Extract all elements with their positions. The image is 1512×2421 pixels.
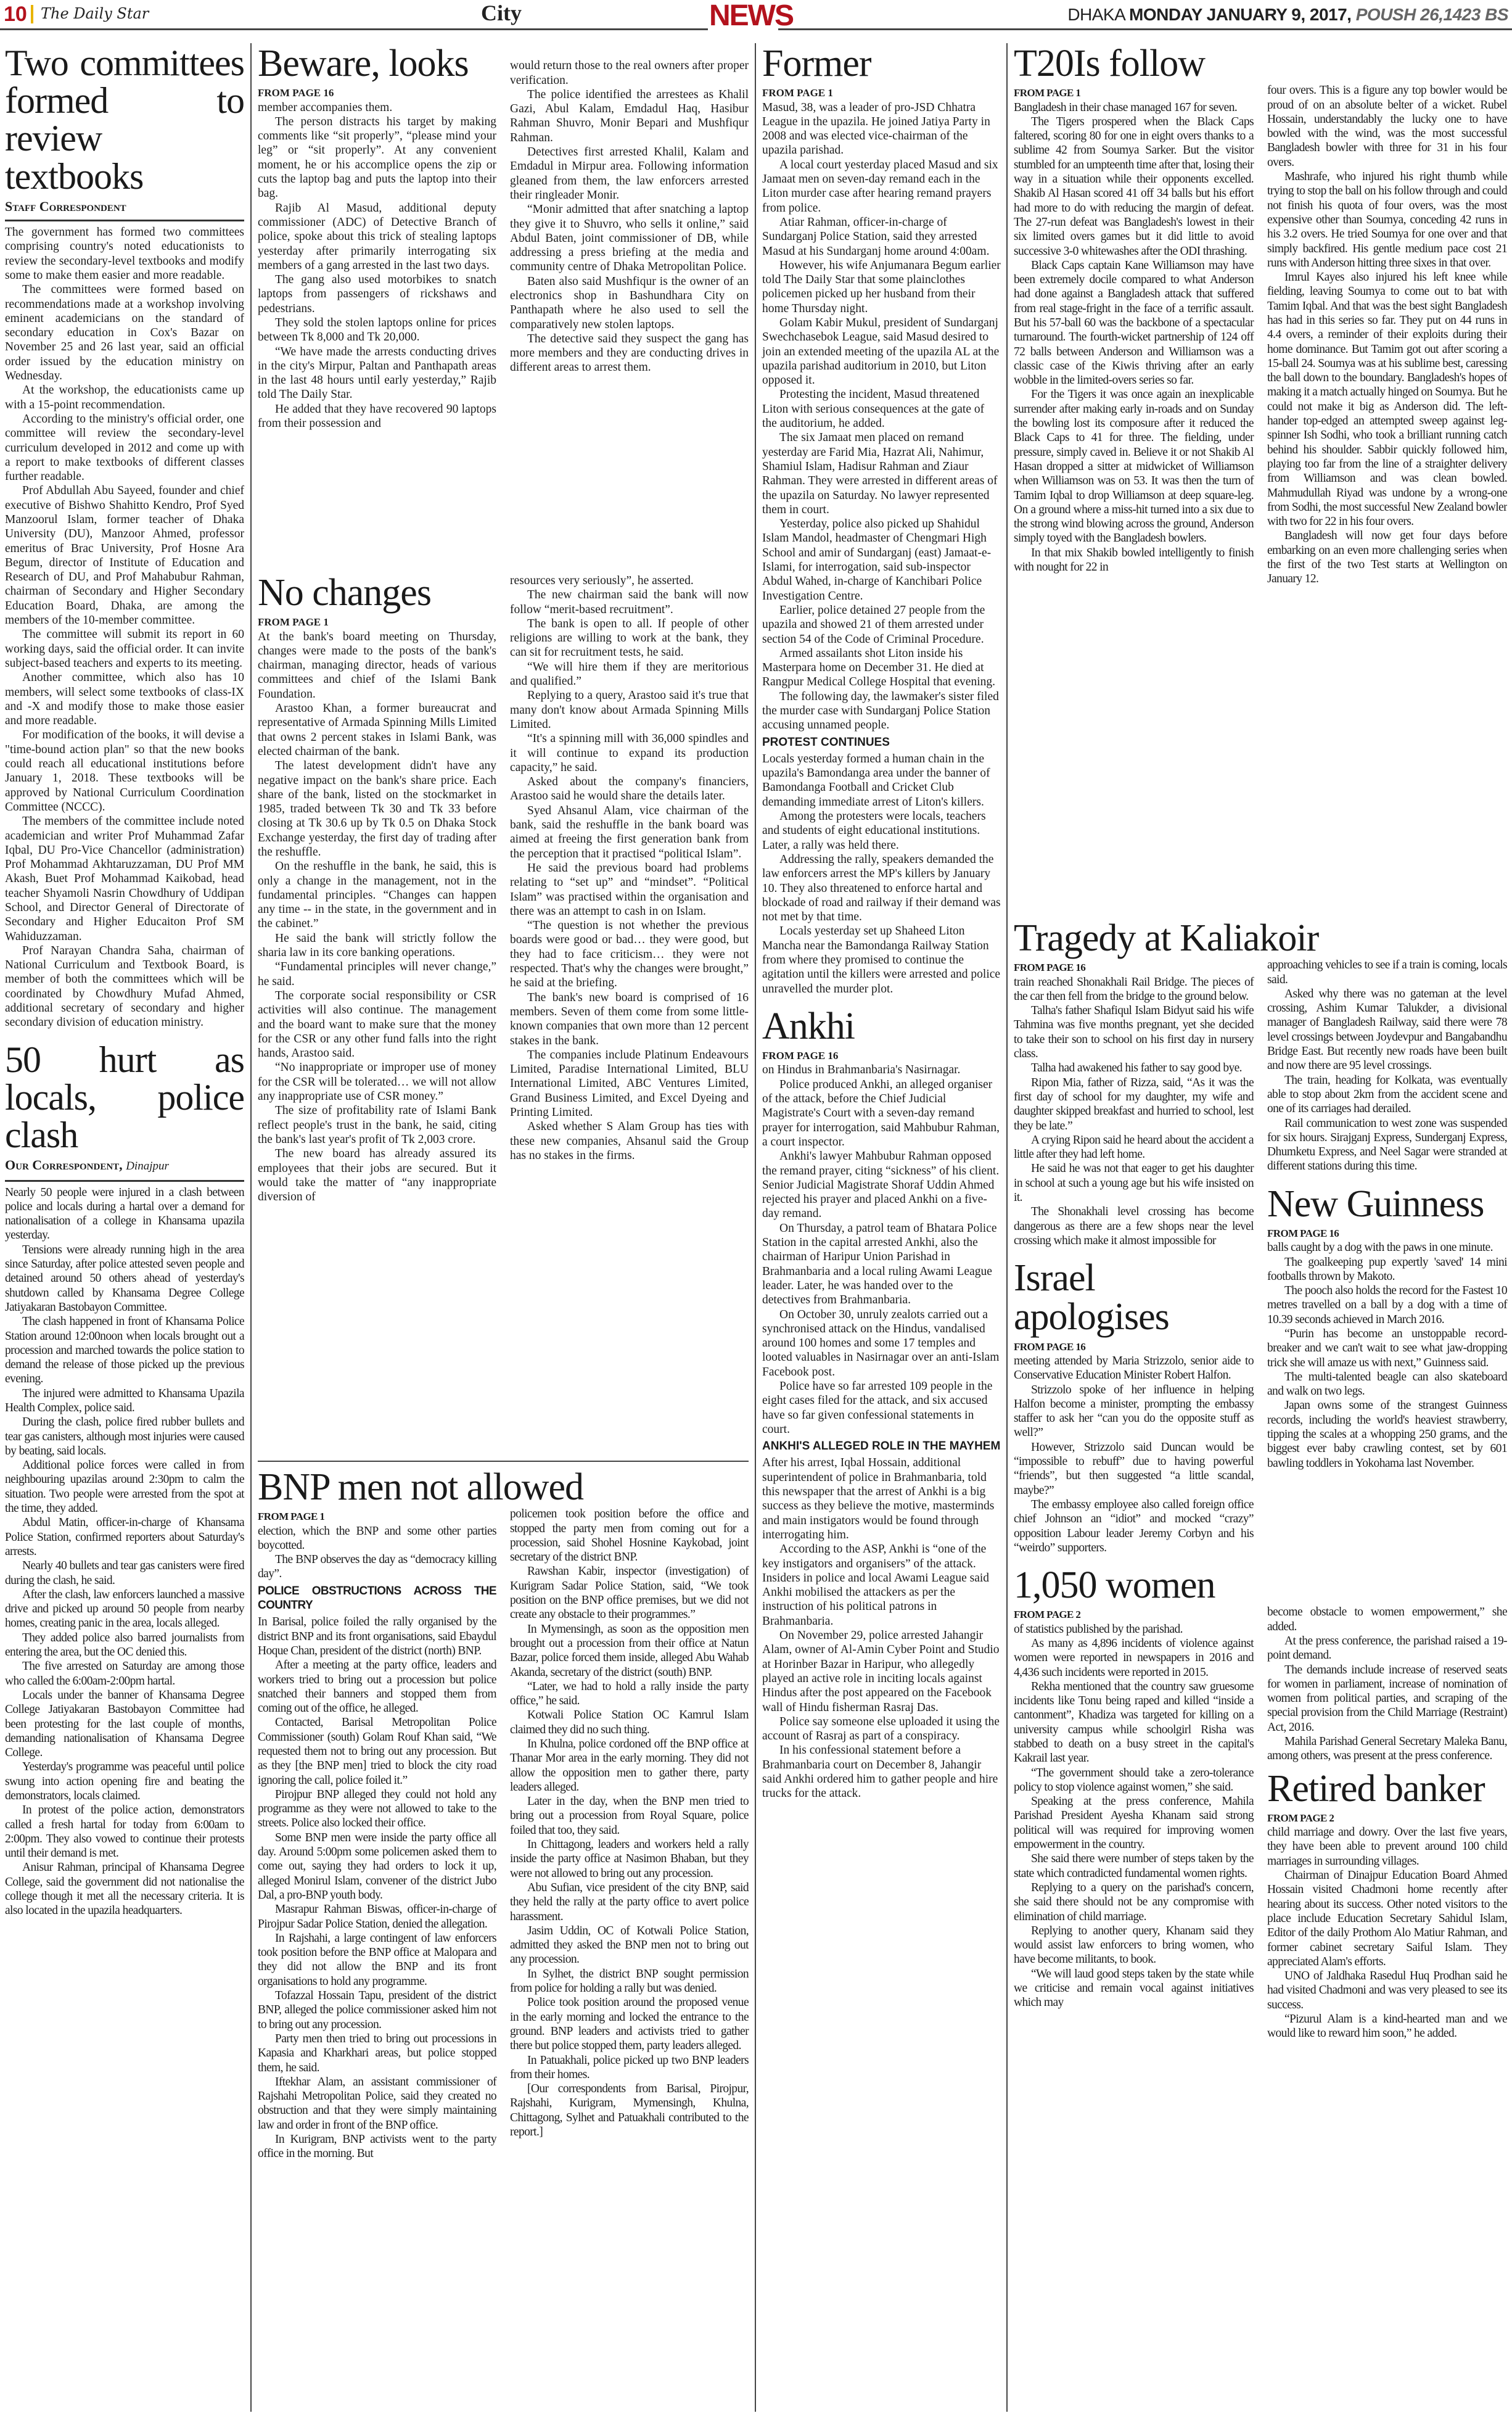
paragraph: “The government should take a zero-toler… [1014,1766,1254,1795]
article-body-col1: FROM PAGE 1 Bangladesh in their chase ma… [1014,83,1254,586]
paragraph: would return those to the real owners af… [510,59,749,88]
paragraph: The new board has already assured its em… [258,1147,496,1204]
paragraph: A crying Ripon said he heard about the a… [1014,1133,1254,1162]
paragraph: “We have made the arrests conducting dri… [258,345,496,402]
paragraph: The five arrested on Saturday are among … [5,1659,244,1688]
paragraph: Addressing the rally, speakers demanded … [762,852,1001,924]
paragraph: Police took position around the proposed… [510,1995,749,2053]
column-divider [755,43,756,2412]
paragraph: UNO of Jaldhaka Rasedul Huq Prodhan said… [1267,1969,1507,2012]
paragraph: meeting attended by Maria Strizzolo, sen… [1014,1354,1254,1383]
paragraph: The bank is open to all. If people of ot… [510,617,749,660]
paragraph: Rekha mentioned that the country saw gru… [1014,1680,1254,1766]
article-bnp: BNP men not allowed FROM PAGE 1 election… [258,1461,749,2161]
paragraph: He said he was not that eager to get his… [1014,1161,1254,1205]
article-body-col1: FROM PAGE 2 of statistics published by t… [1014,1605,1254,2040]
paragraph: The detective said they suspect the gang… [510,332,749,375]
paragraph: In Patuakhali, police picked up two BNP … [510,2053,749,2082]
paragraph: Nearly 40 bullets and tear gas canisters… [5,1559,244,1588]
paragraph: He said the bank will strictly follow th… [258,931,496,960]
paragraph: In Khulna, police cordoned off the BNP o… [510,1737,749,1794]
paragraph: Replying to a query on the parishad's co… [1014,1881,1254,1924]
article-ankhi: Ankhi FROM PAGE 16 on Hindus in Brahmanb… [762,1007,1001,1801]
paragraph: After a meeting at the party office, lea… [258,1658,496,1715]
subheading: ANKHI'S ALLEGED ROLE IN THE MAYHEM [762,1439,1001,1453]
paragraph: “Monir admitted that after snatching a l… [510,202,749,274]
paragraph: In Rajshahi, a large contingent of law e… [258,1931,496,1989]
paragraph: On the reshuffle in the bank, he said, t… [258,859,496,931]
article-former: Former FROM PAGE 1 Masud, 38, was a lead… [762,44,1001,996]
paragraph: Armed assailants shot Liton inside his M… [762,646,1001,690]
paragraph: Ripon Mia, father of Rizza, said, “As it… [1014,1076,1254,1133]
category-label: NEWS [709,0,793,32]
paragraph: In that mix Shakib bowled intelligently … [1014,546,1254,575]
paragraph: The train, heading for Kolkata, was even… [1267,1073,1507,1116]
paragraph: Contacted, Barisal Metropolitan Police C… [258,1715,496,1787]
paragraph: Tensions were already running high in th… [5,1243,244,1314]
paragraph: Detectives first arrested Khalil, Kalam … [510,145,749,202]
paragraph: Prof Narayan Chandra Saha, chairman of N… [5,944,244,1030]
paragraph: The demands include increase of reserved… [1267,1663,1507,1734]
paragraph: The Tigers prospered when the Black Caps… [1014,115,1254,258]
paragraph: At the press conference, the parishad ra… [1267,1634,1507,1663]
paragraph: In Barisal, police foiled the rally orga… [258,1615,496,1658]
headline: BNP men not allowed [258,1468,749,1507]
paragraph: “No inappropriate or improper use of mon… [258,1060,496,1103]
columns-2-3: Beware, looks FROM PAGE 16 member accomp… [258,44,749,2172]
paragraph: The new chairman said the bank will now … [510,588,749,617]
paragraph: The embassy employee also called foreign… [1014,1498,1254,1555]
paragraph: Baten also said Mushfiqur is the owner o… [510,274,749,332]
paragraph: According to the ministry's official ord… [5,412,244,484]
paragraph: During the clash, police fired rubber bu… [5,1415,244,1458]
paragraph: “It's a spinning mill with 36,000 spindl… [510,732,749,775]
paragraph: Another committee, which also has 10 mem… [5,670,244,728]
paragraph: election, which the BNP and some other p… [258,1524,496,1553]
byline: Our Correspondent, Dinajpur [5,1158,244,1181]
paragraph: Bangladesh in their chase managed 167 fo… [1014,101,1254,115]
paragraph: Locals under the banner of Khansama Degr… [5,1688,244,1760]
paragraph: A local court yesterday placed Masud and… [762,158,1001,215]
paragraph: child marriage and dowry. Over the last … [1267,1825,1507,1868]
columns-5-6: T20Is follow FROM PAGE 1 Bangladesh in t… [1014,44,1507,2052]
paragraph: The latest development didn't have any n… [258,759,496,859]
paragraph: The person distracts his target by makin… [258,115,496,201]
paragraph: Mashrafe, who injured his right thumb wh… [1267,170,1507,270]
paragraph: Police have so far arrested 109 people i… [762,1379,1001,1437]
paragraph: The multi-talented beagle can also skate… [1267,1370,1507,1399]
paragraph: The corporate social responsibility or C… [258,989,496,1060]
page-number: 10 [4,2,27,27]
paragraph: Replying to a query, Arastoo said it's t… [510,688,749,732]
section-rule [258,1461,749,1462]
paragraph: On November 29, police arrested Jahangir… [762,1628,1001,1715]
paragraph: of statistics published by the parishad. [1014,1622,1254,1636]
paragraph: Police say someone else uploaded it usin… [762,1715,1001,1744]
article-body-col1: FROM PAGE 16 train reached Shonakhali Ra… [1014,958,1254,1555]
paragraph: Additional police forces were called in … [5,1458,244,1516]
byline: Staff Correspondent [5,199,244,221]
paragraph: Chairman of Dinajpur Education Board Ahm… [1267,1868,1507,1969]
paragraph: After his arrest, Iqbal Hossain, additio… [762,1456,1001,1542]
paragraph: In Sylhet, the district BNP sought permi… [510,1967,749,1996]
article-body-col2: resources very seriously”, he asserted. … [510,574,749,1204]
column-4: Former FROM PAGE 1 Masud, 38, was a lead… [762,44,1001,1812]
headline: New Guinness [1267,1185,1507,1224]
paragraph: Nearly 50 people were injured in a clash… [5,1186,244,1243]
paragraph: Rail communication to west zone was susp… [1267,1116,1507,1174]
jump-label: FROM PAGE 1 [258,615,496,629]
article-israel: Israel apologises FROM PAGE 16 meeting a… [1014,1259,1254,1555]
jump-label: FROM PAGE 16 [762,1049,1001,1063]
jump-label: FROM PAGE 2 [1014,1607,1254,1622]
paragraph: four overs. This is a figure any top bow… [1267,83,1507,170]
subheading: POLICE OBSTRUCTIONS ACROSS THE COUNTRY [258,1584,496,1613]
column-divider [1006,43,1008,2412]
paragraph: Talha had awakened his father to say goo… [1014,1061,1254,1075]
paragraph: In protest of the police action, demonst… [5,1803,244,1860]
column-1: Two committees formed to review textbook… [5,44,244,1929]
paragraph: The Shonakhali level crossing has become… [1014,1205,1254,1248]
paragraph: The government has formed two committees… [5,225,244,283]
paragraph: She said there were number of steps take… [1014,1852,1254,1881]
paragraph: The gang also used motorbikes to snatch … [258,273,496,316]
paragraph: Imrul Kayes also injured his left knee w… [1267,270,1507,529]
paragraph: Speaking at the press conference, Mahila… [1014,1794,1254,1852]
paragraph: “We will laud good steps taken by the st… [1014,1967,1254,2010]
jump-label: FROM PAGE 16 [1014,1340,1254,1354]
paragraph: Rajib Al Masud, additional deputy commis… [258,201,496,273]
headline: 50 hurt as locals, police clash [5,1041,244,1155]
article-committees: Two committees formed to review textbook… [5,44,244,1030]
paragraph: Ankhi's lawyer Mahbubur Rahman opposed t… [762,1149,1001,1221]
paragraph: Anisur Rahman, principal of Khansama Deg… [5,1860,244,1918]
paragraph: They added police also barred journalist… [5,1631,244,1660]
paragraph: policemen took position before the offic… [510,1507,749,1564]
paragraph: Later in the day, when the BNP men tried… [510,1794,749,1837]
paragraph: In Kurigram, BNP activists went to the p… [258,2132,496,2161]
paragraph: The members of the committee include not… [5,814,244,944]
headline: No changes [258,574,496,612]
paragraph: Arastoo Khan, a former bureaucrat and re… [258,701,496,759]
article-body-col2: four overs. This is a figure any top bow… [1267,83,1507,586]
paragraph: Yesterday's programme was peaceful until… [5,1760,244,1803]
article-body-col2: would return those to the real owners af… [510,59,749,431]
paragraph: Some BNP men were inside the party offic… [258,1831,496,1902]
paragraph: In Chittagong, leaders and workers held … [510,1837,749,1881]
paragraph: As many as 4,896 incidents of violence a… [1014,1636,1254,1680]
dateline-bangla-date: POUSH 26,1423 BS [1356,5,1508,24]
paragraph: “Pizurul Alam is a kind-hearted man and … [1267,2012,1507,2041]
headline: 1,050 women [1014,1566,1507,1605]
dateline-city: DHAKA [1067,5,1124,24]
headline: Beware, looks [258,44,498,83]
paragraph: The injured were admitted to Khansama Up… [5,1387,244,1416]
jump-label: FROM PAGE 16 [1014,960,1254,975]
paragraph: The size of profitability rate of Islami… [258,1103,496,1147]
paragraph: become obstacle to women empowerment,” s… [1267,1605,1507,1634]
byline-author: Our Correspondent, [5,1157,123,1173]
paragraph: Abu Sufian, vice president of the city B… [510,1881,749,1924]
paragraph: Masud, 38, was a leader of pro-JSD Chhat… [762,101,1001,158]
article-nochanges: No changes FROM PAGE 1 At the bank's boa… [258,574,749,1450]
paragraph: The BNP observes the day as “democracy k… [258,1553,496,1582]
paragraph: approaching vehicles to see if a train i… [1267,958,1507,987]
masthead-rule [778,28,1512,30]
article-body-col1: No changes FROM PAGE 1 At the bank's boa… [258,574,496,1204]
paragraph: “Later, we had to hold a rally inside th… [510,1680,749,1709]
paragraph: Golam Kabir Mukul, president of Sundarga… [762,316,1001,387]
paragraph: Protesting the incident, Masud threatene… [762,387,1001,431]
paragraph: Tofazzal Hossain Tapu, president of the … [258,1989,496,2032]
paragraph: balls caught by a dog with the paws in o… [1267,1240,1507,1255]
paragraph: The following day, the lawmaker's sister… [762,690,1001,733]
headline: Israel apologises [1014,1259,1254,1337]
jump-label: FROM PAGE 16 [1267,1226,1507,1240]
article-women: 1,050 women FROM PAGE 2 of statistics pu… [1014,1566,1507,2040]
paragraph: Atiar Rahman, officer-in-charge of Sunda… [762,215,1001,258]
paragraph: Yesterday, police also picked up Shahidu… [762,517,1001,603]
paragraph: Party men then tried to bring out proces… [258,2032,496,2075]
headline: Ankhi [762,1007,1001,1046]
paragraph: They sold the stolen laptops online for … [258,316,496,345]
paragraph: train reached Shonakhali Rail Bridge. Th… [1014,975,1254,1004]
masthead-accent-bar [31,5,33,23]
headline: Former [762,44,1001,83]
jump-label: FROM PAGE 1 [1014,86,1254,100]
paragraph: However, Strizzolo said Duncan would be … [1014,1440,1254,1498]
paragraph: Pirojpur BNP alleged they could not hold… [258,1788,496,1831]
paragraph: Japan owns some of the strangest Guinnes… [1267,1398,1507,1470]
jump-label: FROM PAGE 1 [762,86,1001,100]
article-body-col2: become obstacle to women empowerment,” s… [1267,1605,1507,2040]
article-body-col2: approaching vehicles to see if a train i… [1267,958,1507,1555]
paragraph: He said the previous board had problems … [510,861,749,918]
paragraph: Black Caps captain Kane Williamson may h… [1014,258,1254,388]
paragraph: resources very seriously”, he asserted. [510,574,749,588]
jump-label: FROM PAGE 1 [258,1509,496,1524]
paragraph: He added that they have recovered 90 lap… [258,402,496,431]
paragraph: The companies include Platinum Endeavour… [510,1048,749,1120]
jump-label: FROM PAGE 2 [1267,1811,1507,1825]
paragraph: member accompanies them. [258,101,496,115]
article-t20: T20Is follow FROM PAGE 1 Bangladesh in t… [1014,44,1507,908]
paragraph: The pooch also holds the record for the … [1267,1284,1507,1327]
paragraph: Police produced Ankhi, an alleged organi… [762,1078,1001,1149]
article-body: The government has formed two committees… [5,225,244,1030]
section-title: City [481,0,522,26]
article-body-col1: FROM PAGE 16 member accompanies them. Th… [258,83,496,431]
article-beware: Beware, looks FROM PAGE 16 member accomp… [258,44,749,563]
paragraph: Asked about the company's financiers, Ar… [510,775,749,804]
paragraph: The clash happened in front of Khansama … [5,1314,244,1386]
paragraph: However, his wife Anjumanara Begum earli… [762,258,1001,316]
issue-date: DHAKA MONDAY JANUARY 9, 2017, POUSH 26,1… [1067,5,1508,25]
column-divider [250,43,252,2412]
paragraph: At the bank's board meeting on Thursday,… [258,630,496,701]
paragraph: Rawshan Kabir, inspector (investigation)… [510,1564,749,1622]
headline: T20Is follow [1014,44,1507,83]
dateline-date: MONDAY JANUARY 9, 2017, [1129,5,1351,24]
paragraph: On Thursday, a patrol team of Bhatara Po… [762,1221,1001,1308]
paragraph: In Mymensingh, as soon as the opposition… [510,1622,749,1680]
paragraph: The goalkeeping pup expertly 'saved' 14 … [1267,1255,1507,1284]
article-banker: Retired banker FROM PAGE 2 child marriag… [1267,1770,1507,2041]
paragraph: At the workshop, the educationists came … [5,383,244,412]
paragraph: “Purin has become an unstoppable record-… [1267,1327,1507,1370]
paragraph: “Fundamental principles will never chang… [258,960,496,989]
paragraph: Asked why there was no gateman at the le… [1267,987,1507,1073]
paragraph: “The question is not whether the previou… [510,918,749,990]
article-clash: 50 hurt as locals, police clash Our Corr… [5,1041,244,1918]
paragraph: In his confessional statement before a B… [762,1743,1001,1800]
paragraph: Masrapur Rahman Biswas, officer-in-charg… [258,1902,496,1931]
article-body-col1: FROM PAGE 1 election, which the BNP and … [258,1507,496,2161]
paragraph: According to the ASP, Ankhi is “one of t… [762,1542,1001,1628]
paragraph: Abdul Matin, officer-in-charge of Khansa… [5,1516,244,1559]
paragraph: After the clash, law enforcers launched … [5,1588,244,1631]
paragraph: For the Tigers it was once again an inex… [1014,387,1254,545]
headline: Retired banker [1267,1770,1507,1809]
article-body-col2: policemen took position before the offic… [510,1507,749,2161]
paragraph: Prof Abdullah Abu Sayeed, founder and ch… [5,484,244,627]
paragraph: Syed Ahsanul Alam, vice chairman of the … [510,804,749,861]
paragraph: The committees were formed based on reco… [5,283,244,383]
paragraph: On October 30, unruly zealots carried ou… [762,1308,1001,1379]
newspaper-logo: The Daily Star [41,5,149,22]
paragraph: The six Jamaat men placed on remand yest… [762,431,1001,517]
paragraph: Jasim Uddin, OC of Kotwali Police Statio… [510,1924,749,1967]
paragraph: Mahila Parishad General Secretary Maleka… [1267,1734,1507,1763]
paragraph: Asked whether S Alam Group has ties with… [510,1120,749,1163]
masthead: 10 The Daily Star City NEWS DHAKA MONDAY… [0,0,1512,32]
article-tragedy: Tragedy at Kaliakoir FROM PAGE 16 train … [1014,919,1507,1555]
paragraph: Locals yesterday set up Shaheed Liton Ma… [762,924,1001,996]
article-body: Nearly 50 people were injured in a clash… [5,1186,244,1918]
paragraph: Iftekhar Alam, an assistant commissioner… [258,2075,496,2132]
paragraph: Earlier, police detained 27 people from … [762,603,1001,646]
paragraph: [Our correspondents from Barisal, Pirojp… [510,2082,749,2139]
paragraph: on Hindus in Brahmanbaria's Nasirnagar. [762,1063,1001,1077]
paragraph: Among the protesters were locals, teache… [762,809,1001,852]
paragraph: The police identified the arrestees as K… [510,88,749,145]
paragraph: “We will hire them if they are meritorio… [510,660,749,689]
subheading: PROTEST CONTINUES [762,735,1001,749]
headline: Tragedy at Kaliakoir [1014,919,1507,958]
paragraph: Locals yesterday formed a human chain in… [762,752,1001,809]
paragraph: For modification of the books, it will d… [5,728,244,814]
paragraph: Bangladesh will now get four days before… [1267,529,1507,586]
paragraph: Talha's father Shafiqul Islam Bidyut sai… [1014,1004,1254,1061]
masthead-rule [0,28,708,30]
paragraph: Replying to another query, Khanam said t… [1014,1924,1254,1967]
jump-label: FROM PAGE 16 [258,86,496,100]
paragraph: Kotwali Police Station OC Kamrul Islam c… [510,1708,749,1737]
paragraph: The bank's new board is comprised of 16 … [510,991,749,1048]
article-guinness: New Guinness FROM PAGE 16 balls caught b… [1267,1185,1507,1470]
headline: Two committees formed to review textbook… [5,44,244,196]
paragraph: The committee will submit its report in … [5,627,244,670]
byline-place: Dinajpur [126,1160,169,1173]
paragraph: Strizzolo spoke of her influence in help… [1014,1383,1254,1440]
